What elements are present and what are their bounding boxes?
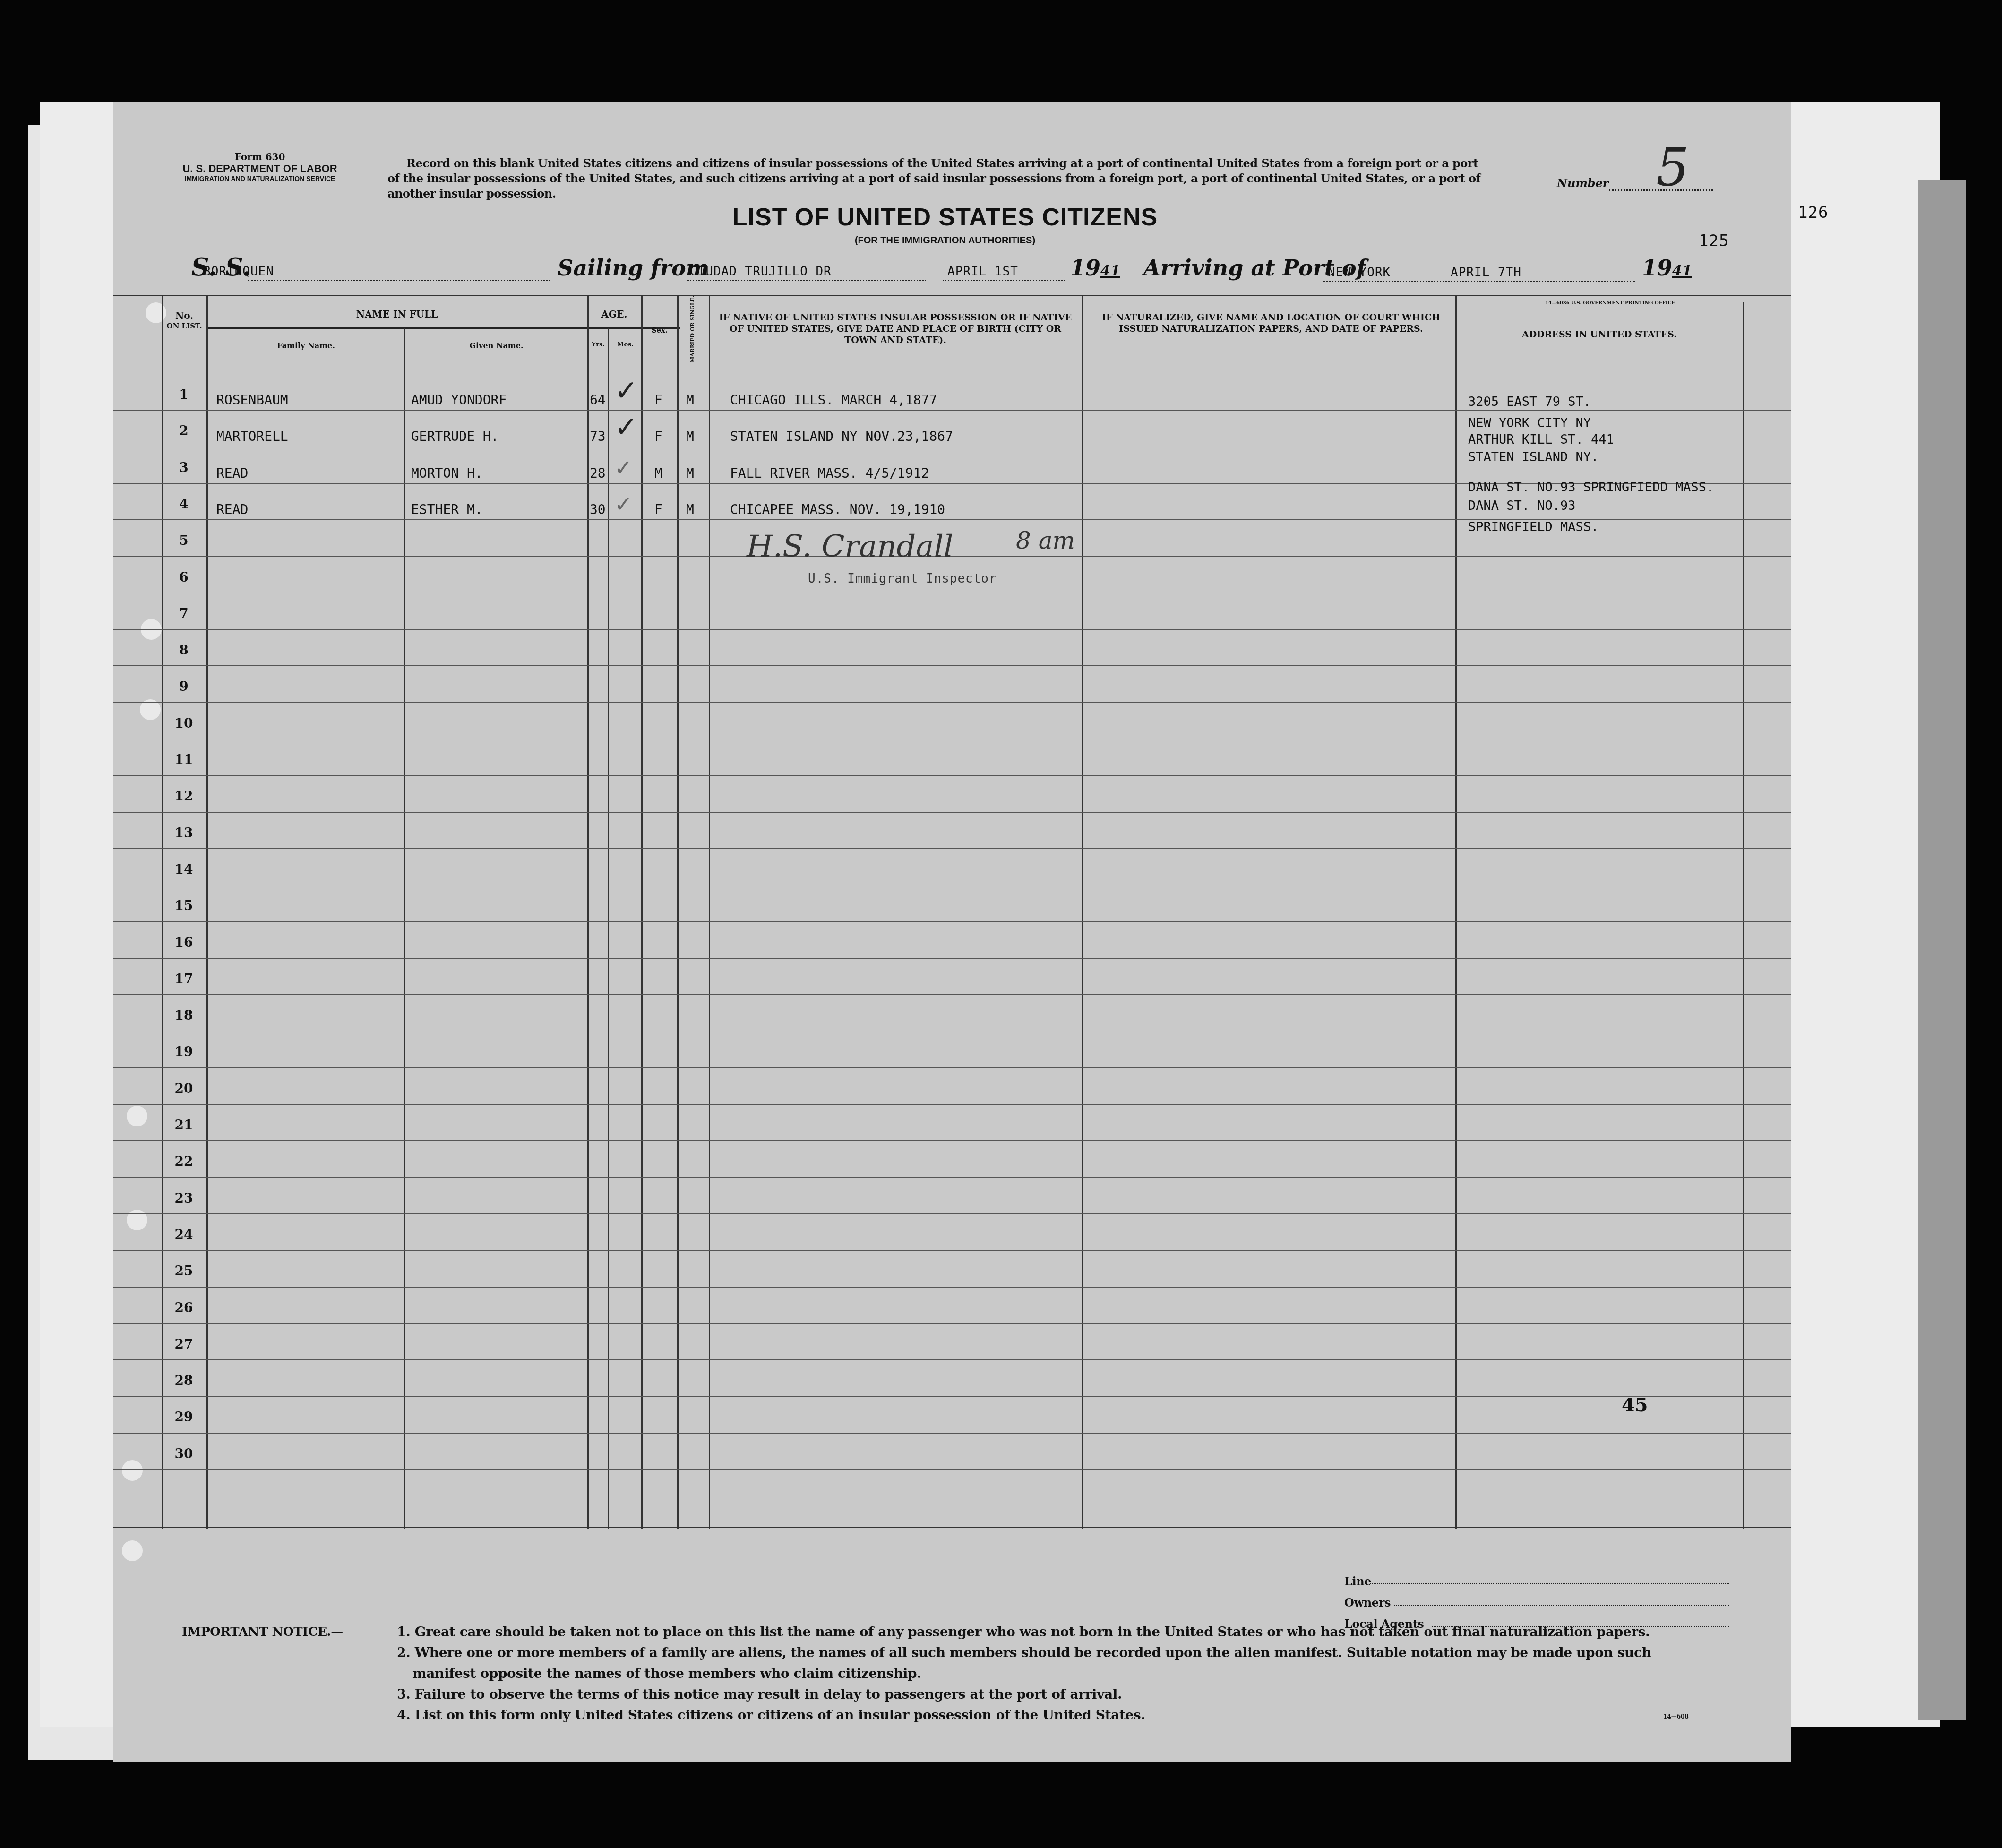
check-mark-icon: ✓ [614,491,633,517]
punch-hole [127,1106,147,1126]
address-line: SPRINGFIELD MASS. [1468,520,1598,534]
row-rule [113,1469,1791,1470]
row-rule [113,702,1791,703]
header-bottom-rule [113,369,1791,370]
row-number: 20 [167,1081,200,1096]
sex-cell: M [654,465,662,481]
row-number: 23 [167,1190,200,1206]
row-number: 14 [167,861,200,877]
address-line: 3205 EAST 79 ST. [1468,395,1591,409]
given-name-cell: AMUD YONDORF [411,392,507,408]
check-mark-icon: ✓ [614,411,638,444]
row-number: 26 [167,1300,200,1315]
row-number: 17 [167,971,200,987]
address-line: STATEN ISLAND NY. [1468,450,1598,464]
notice-1: 1. Great care should be taken not to pla… [397,1622,1650,1642]
back-page-number: 126 [1798,203,1828,222]
header-naturalized: IF NATURALIZED, GIVE NAME AND LOCATION O… [1091,312,1451,335]
header-given-name: Given Name. [405,341,587,350]
row-rule [113,848,1791,849]
row-number: 12 [167,788,200,804]
number-field: Number 5 [1557,168,1713,196]
form-sheet [113,102,1791,1762]
number-label: Number [1557,176,1608,190]
sex-cell: F [654,429,662,444]
row-rule [113,410,1791,411]
age-years-cell: 64 [590,392,606,408]
address-line: DANA ST. NO.93 SPRINGFIEDD MASS. [1468,480,1714,495]
age-years-cell: 28 [590,465,606,481]
address-line: DANA ST. NO.93 [1468,499,1576,513]
inspector-signature: H.S. Crandall [747,529,953,564]
row-number: 13 [167,825,200,841]
ship-name: BORINQUEN [203,265,274,279]
page-stack-edge [1918,180,1966,1720]
stamp-count: 45 [1622,1394,1648,1416]
row-rule [113,1031,1791,1031]
line-field: Line [1344,1571,1727,1592]
row-rule [113,1177,1791,1178]
row-rule [113,1250,1791,1251]
department-block: Form 630 U. S. DEPARTMENT OF LABOR IMMIG… [165,151,354,182]
arriving-year: 1941 [1642,255,1692,281]
table-top-rule [113,294,1791,296]
row-number: 21 [167,1117,200,1133]
row-number: 2 [167,423,200,438]
row-number: 28 [167,1373,200,1388]
sex-cell: F [654,392,662,408]
arriving-port: NEW YORK [1328,266,1391,280]
line-label: Line [1344,1574,1371,1588]
age-years-cell: 30 [590,502,606,517]
row-rule [113,1104,1791,1105]
printer-mark: 14—6036 U.S. GOVERNMENT PRINTING OFFICE [1545,301,1675,306]
given-name-cell: GERTRUDE H. [411,429,498,444]
notice-4: 4. List on this form only United States … [397,1705,1145,1726]
row-number: 6 [167,569,200,585]
row-number: 1 [167,387,200,402]
department-name: U. S. DEPARTMENT OF LABOR [165,163,354,175]
row-number: 16 [167,935,200,950]
age-years-cell: 73 [590,429,606,444]
family-name-cell: READ [216,502,248,517]
given-name-cell: ESTHER M. [411,502,483,517]
punch-hole [122,1540,143,1561]
row-rule [113,1287,1791,1288]
row-number: 5 [167,533,200,548]
header-name-in-full: NAME IN FULL [208,308,586,320]
header-yrs: Yrs. [588,341,608,348]
notice-2: 2. Where one or more members of a family… [397,1642,1651,1663]
notice-3: 3. Failure to observe the terms of this … [397,1684,1122,1705]
header-married: MARRIED OR SINGLE. [689,294,696,365]
family-name-cell: MARTORELL [216,429,288,444]
preamble-text: Record on this blank United States citiz… [387,156,1493,201]
marital-status-cell: M [686,465,694,481]
row-number: 7 [167,606,200,621]
page-subtitle: (FOR THE IMMIGRATION AUTHORITIES) [520,235,1370,246]
row-number: 24 [167,1227,200,1242]
owners-field: Owners [1344,1592,1727,1613]
birth-place-date-cell: CHICAPEE MASS. NOV. 19,1910 [730,502,945,517]
inspector-title: U.S. Immigrant Inspector [808,572,997,586]
punch-hole [122,1460,143,1481]
row-rule [113,1396,1791,1397]
signature-time: 8 am [1016,527,1075,554]
notice-heading: IMPORTANT NOTICE.— [182,1622,343,1642]
row-rule [113,885,1791,885]
birth-place-date-cell: CHICAGO ILLS. MARCH 4,1877 [730,392,937,408]
marital-status-cell: M [686,502,694,517]
birth-place-date-cell: STATEN ISLAND NY NOV.23,1867 [730,429,953,444]
row-rule [113,1140,1791,1141]
footer-code: 14—608 [1663,1713,1689,1720]
table-bottom-rule [113,1527,1791,1529]
notice-2-cont: manifest opposite the names of those mem… [412,1663,921,1684]
page-title: LIST OF UNITED STATES CITIZENS [520,203,1370,232]
check-mark-icon: ✓ [614,455,633,481]
service-name: IMMIGRATION AND NATURALIZATION SERVICE [165,175,354,182]
row-rule [113,921,1791,922]
owners-label: Owners [1344,1596,1391,1609]
row-number: 9 [167,679,200,694]
header-family-name: Family Name. [208,341,404,350]
form-number: Form 630 [165,151,354,163]
row-rule [113,1323,1791,1324]
row-number: 29 [167,1409,200,1425]
row-number: 25 [167,1263,200,1279]
header-mos: Mos. [610,341,641,348]
header-age: AGE. [588,308,640,320]
row-rule [113,593,1791,593]
row-number: 30 [167,1446,200,1461]
row-number: 15 [167,898,200,913]
punch-hole [127,1210,147,1230]
sex-cell: F [654,502,662,517]
row-number: 19 [167,1044,200,1059]
row-rule [113,958,1791,959]
marital-status-cell: M [686,392,694,408]
row-rule [113,1433,1791,1434]
row-number: 22 [167,1153,200,1169]
row-rule [113,994,1791,995]
arriving-date: APRIL 7TH [1451,266,1521,280]
sailing-year: 1941 [1070,255,1120,281]
address-line: NEW YORK CITY NY [1468,416,1591,430]
page-number: 125 [1699,232,1729,250]
family-name-cell: ROSENBAUM [216,392,288,408]
header-sex: Sex. [643,326,677,335]
number-value: 5 [1656,137,1689,198]
header-no: No. ON LIST. [163,309,206,330]
sailing-from-port: CIUDAD TRUJILLO DR [690,265,832,279]
row-number: 4 [167,496,200,512]
row-rule [113,1359,1791,1360]
row-rule [113,665,1791,666]
row-rule [113,629,1791,630]
row-number: 11 [167,752,200,767]
header-address: ADDRESS IN UNITED STATES. [1458,328,1741,341]
header-birth: IF NATIVE OF UNITED STATES INSULAR POSSE… [713,312,1077,346]
row-rule [113,1213,1791,1214]
row-number: 8 [167,642,200,658]
name-age-divider [208,327,680,329]
row-rule [113,739,1791,739]
row-rule [113,775,1791,776]
row-rule [113,812,1791,813]
row-number: 10 [167,715,200,731]
row-number: 3 [167,460,200,475]
given-name-cell: MORTON H. [411,465,483,481]
birth-place-date-cell: FALL RIVER MASS. 4/5/1912 [730,465,929,481]
row-rule [113,1067,1791,1068]
family-name-cell: READ [216,465,248,481]
row-number: 27 [167,1336,200,1352]
sailing-from-label: Sailing from [558,255,709,281]
sailing-date: APRIL 1ST [947,265,1018,279]
marital-status-cell: M [686,429,694,444]
row-number: 18 [167,1007,200,1023]
address-line: ARTHUR KILL ST. 441 [1468,432,1614,447]
check-mark-icon: ✓ [614,374,638,407]
